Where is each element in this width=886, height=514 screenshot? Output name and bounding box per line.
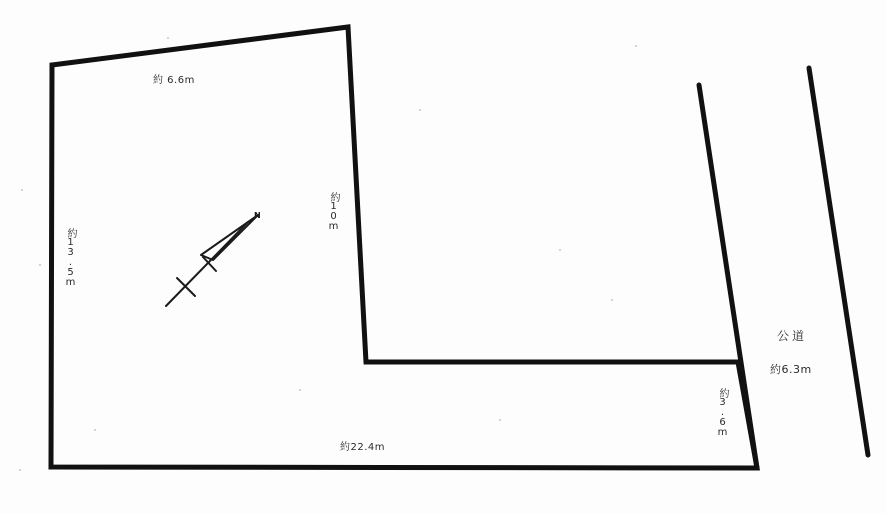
- scan-noise: [19, 37, 637, 471]
- right-edge-dimension: 約3.6m: [715, 388, 730, 437]
- top-edge-dimension: 約 6.6m: [153, 71, 195, 86]
- left-edge-dimension: 約13.5m: [63, 228, 78, 287]
- road-label: 公道: [777, 327, 807, 344]
- road-width: 約6.3m: [770, 361, 812, 377]
- lot-boundary: [51, 27, 757, 468]
- north-arrow-icon: N: [166, 211, 261, 306]
- plot-diagram: N 約 6.6m 約13.5m 約10m 約22.4m 約3.6m 公道 約6.…: [0, 0, 886, 514]
- svg-text:N: N: [254, 211, 261, 220]
- road-edge-right: [809, 68, 868, 455]
- plot-drawing: N: [0, 0, 886, 514]
- inner-right-edge-dimension: 約10m: [326, 192, 341, 231]
- bottom-edge-dimension: 約22.4m: [340, 438, 385, 453]
